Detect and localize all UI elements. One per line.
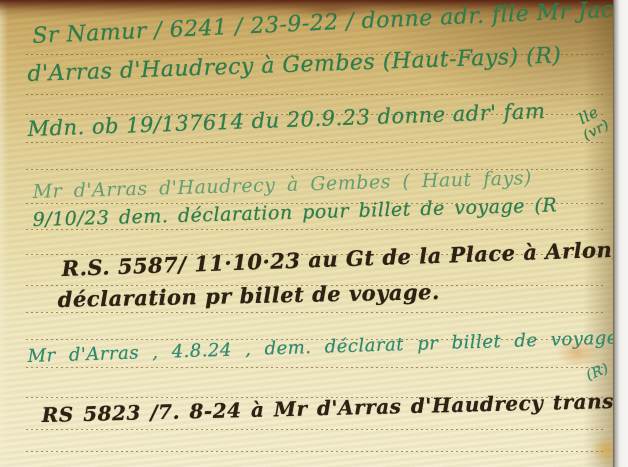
ruled-line <box>26 141 606 143</box>
ruled-line <box>26 93 606 95</box>
ruled-line <box>26 428 606 430</box>
scanned-document: Sr Namur / 6241 / 23-9-22 / donne adr. f… <box>0 0 628 467</box>
card-surface: Sr Namur / 6241 / 23-9-22 / donne adr. f… <box>0 0 613 467</box>
entry-line-6: R.S. 5587/ 11·10·23 au Gt de la Place à … <box>61 235 628 281</box>
stain <box>286 2 376 18</box>
scanner-background-strip <box>613 0 628 467</box>
ruled-line <box>26 450 606 452</box>
entry-line-3: Mdn. ob 19/137614 du 20.9.23 donne adr' … <box>27 99 546 141</box>
entry-line-2: d'Arras d'Haudrecy à Gembes (Haut-Fays) … <box>27 43 562 87</box>
ruled-line <box>26 311 606 313</box>
entry-line-8: Mr d'Arras , 4.8.24 , dem. déclarat pr b… <box>27 327 618 367</box>
stain <box>556 338 600 368</box>
ruled-line <box>26 366 606 368</box>
entry-line-9: RS 5823 /7. 8-24 à Mr d'Arras d'Haudrecy… <box>41 386 628 427</box>
